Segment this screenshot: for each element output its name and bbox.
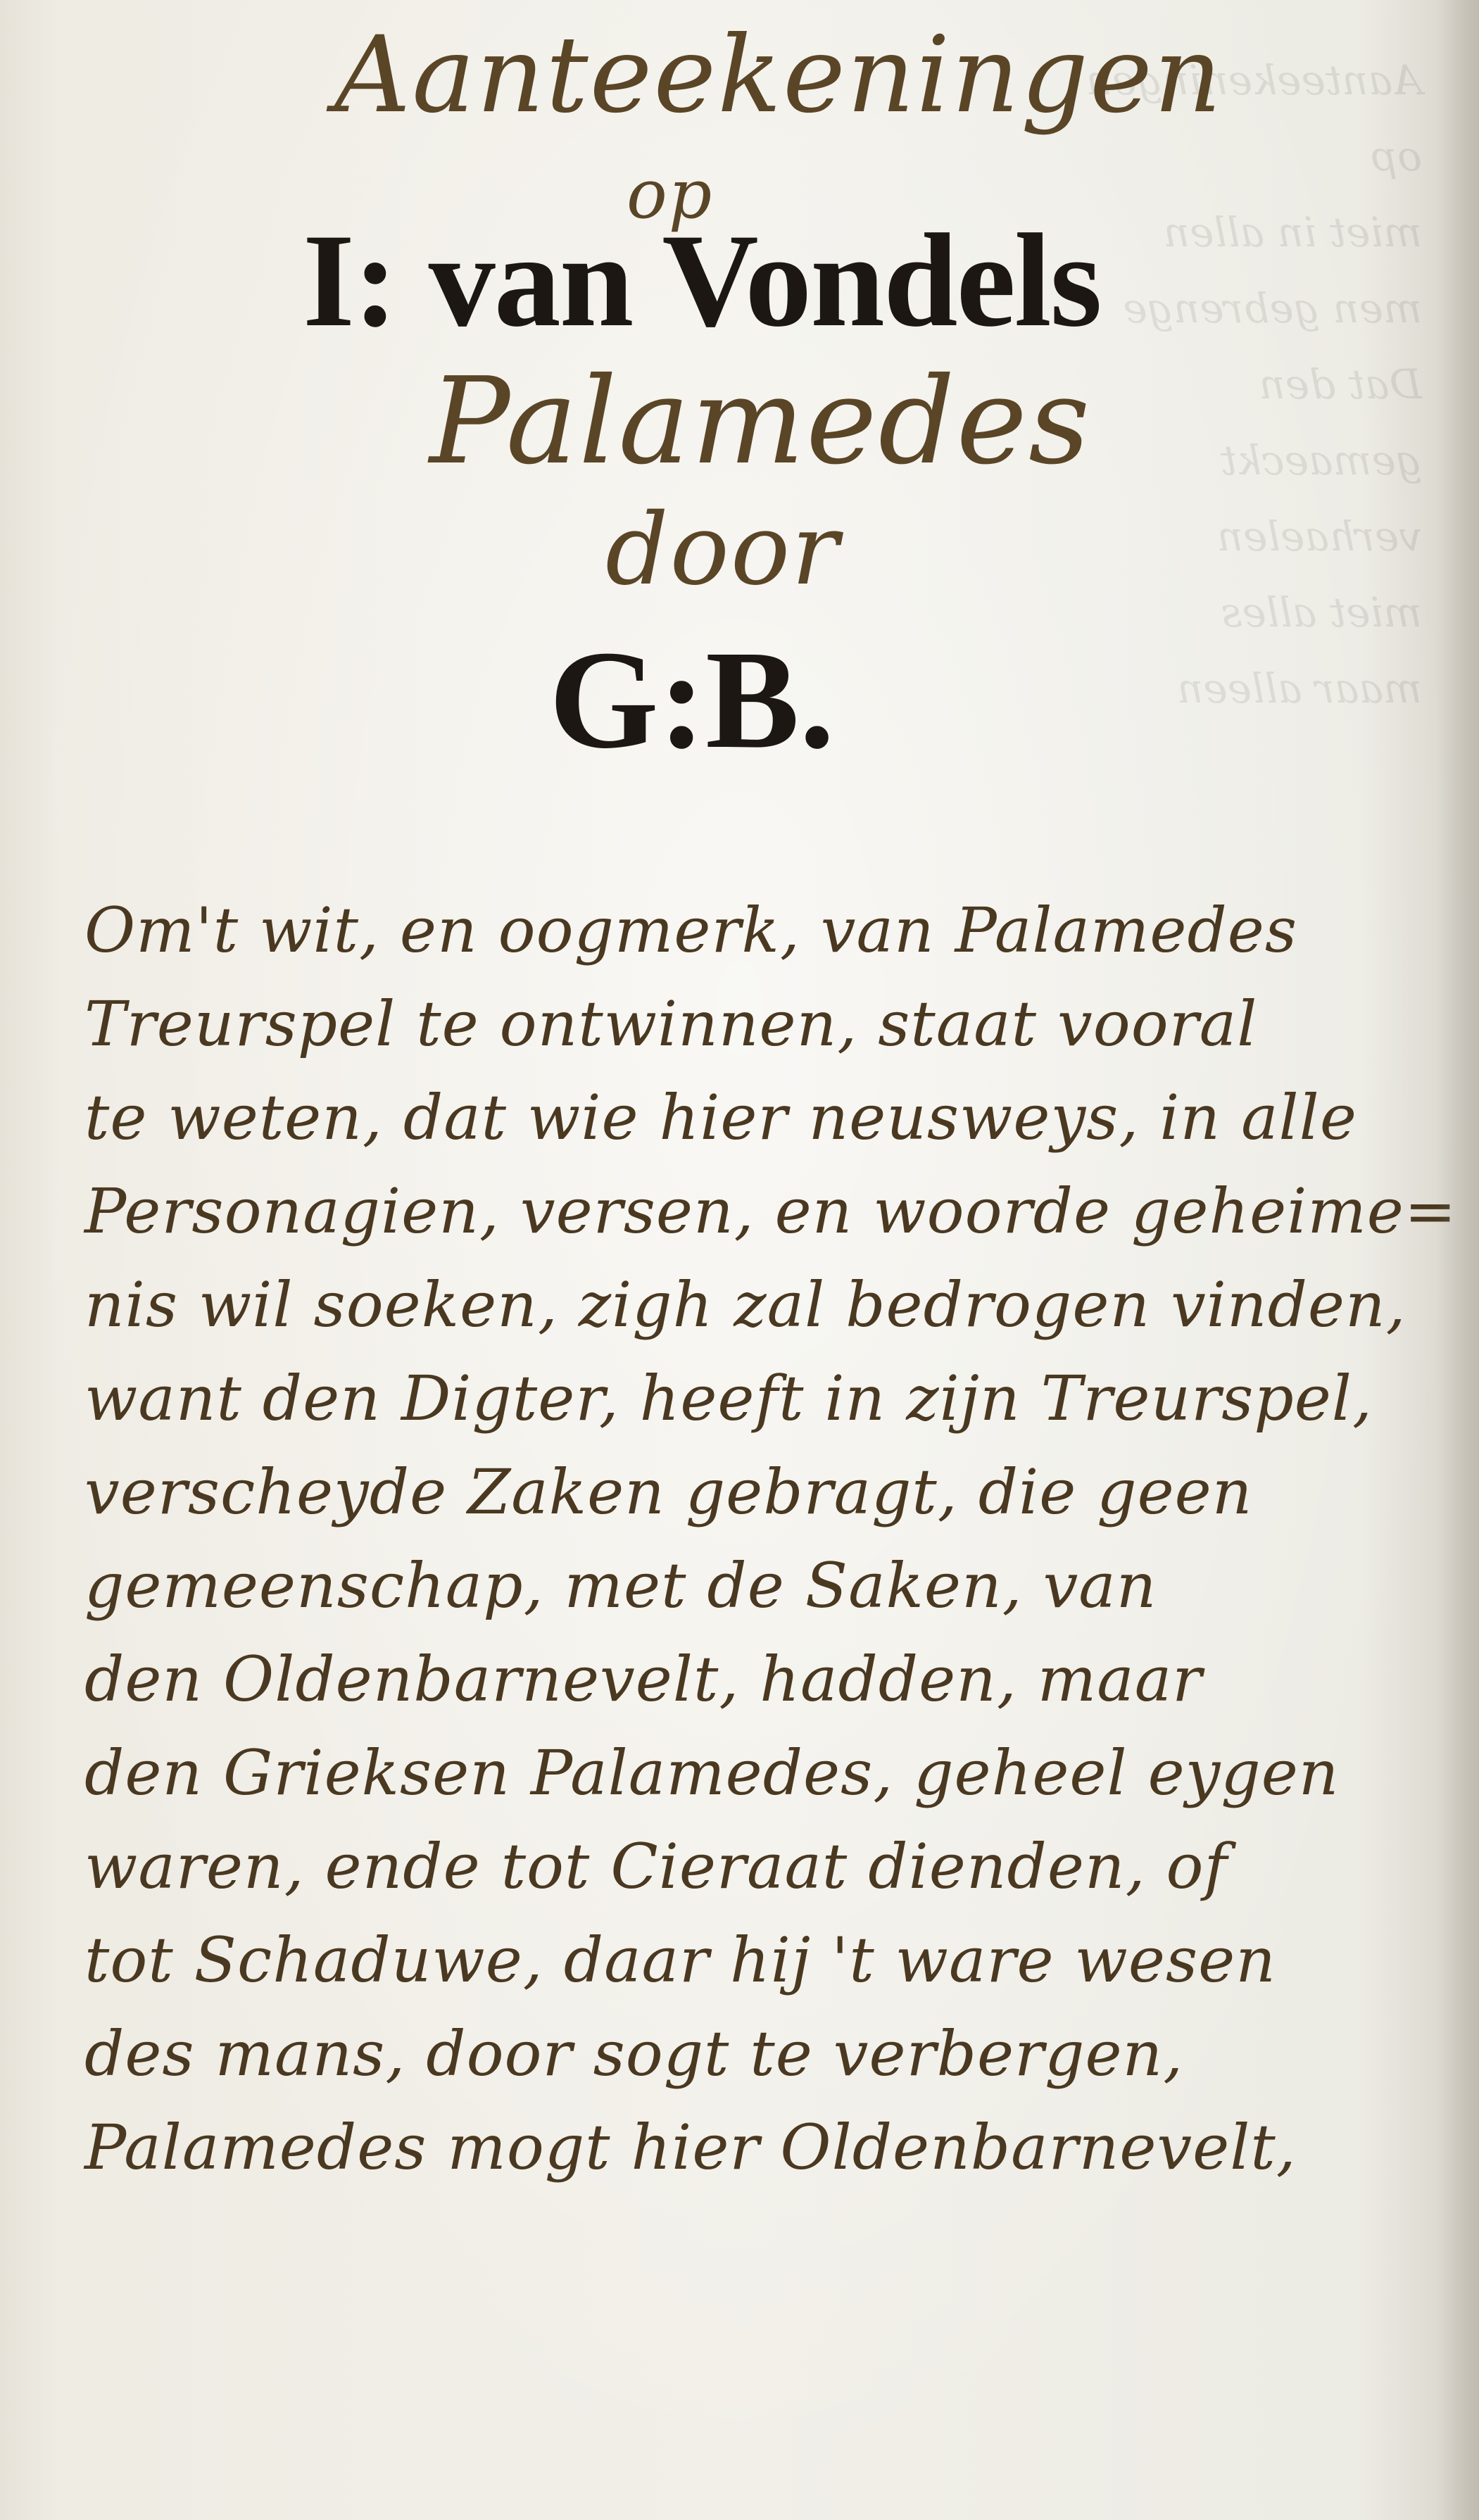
title-work: Palamedes [429, 352, 1091, 491]
body-line: Palamedes mogt hier Oldenbarnevelt, [84, 2100, 1408, 2194]
body-line: te weten, dat wie hier neusweys, in alle [84, 1071, 1408, 1164]
title-aanteekeningen: Aanteekeningen [334, 14, 1223, 137]
body-line: Treurspel te ontwinnen, staat vooral [84, 977, 1408, 1071]
manuscript-page: Aanteekeningen op miet in allen men gebr… [0, 0, 1479, 2520]
body-line: nis wil soeken, zigh zal bedrogen vinden… [84, 1258, 1408, 1352]
title-author: I: van Vondels [303, 204, 1101, 358]
body-line: Om't wit, en oogmerk, van Palamedes [84, 883, 1408, 977]
body-line: den Oldenbarnevelt, hadden, maar [84, 1632, 1408, 1726]
body-line: verscheyde Zaken gebragt, die geen [84, 1445, 1408, 1539]
body-line: waren, ende tot Cieraat dienden, of [84, 1820, 1408, 1913]
title-door: door [605, 493, 840, 607]
body-line: tot Schaduwe, daar hij 't ware wesen [84, 1913, 1408, 2007]
body-line: des mans, door sogt te verbergen, [84, 2007, 1408, 2100]
body-line: Personagien, versen, en woorde geheime= [84, 1164, 1408, 1258]
body-line: den Grieksen Palamedes, geheel eygen [84, 1726, 1408, 1820]
title-initials: G:B. [549, 619, 835, 781]
manuscript-body: Om't wit, en oogmerk, van Palamedes Treu… [84, 883, 1408, 2194]
page-edge-shadow [1437, 0, 1479, 2520]
body-line: want den Digter, heeft in zijn Treurspel… [84, 1352, 1408, 1445]
body-line: gemeenschap, met de Saken, van [84, 1539, 1408, 1632]
